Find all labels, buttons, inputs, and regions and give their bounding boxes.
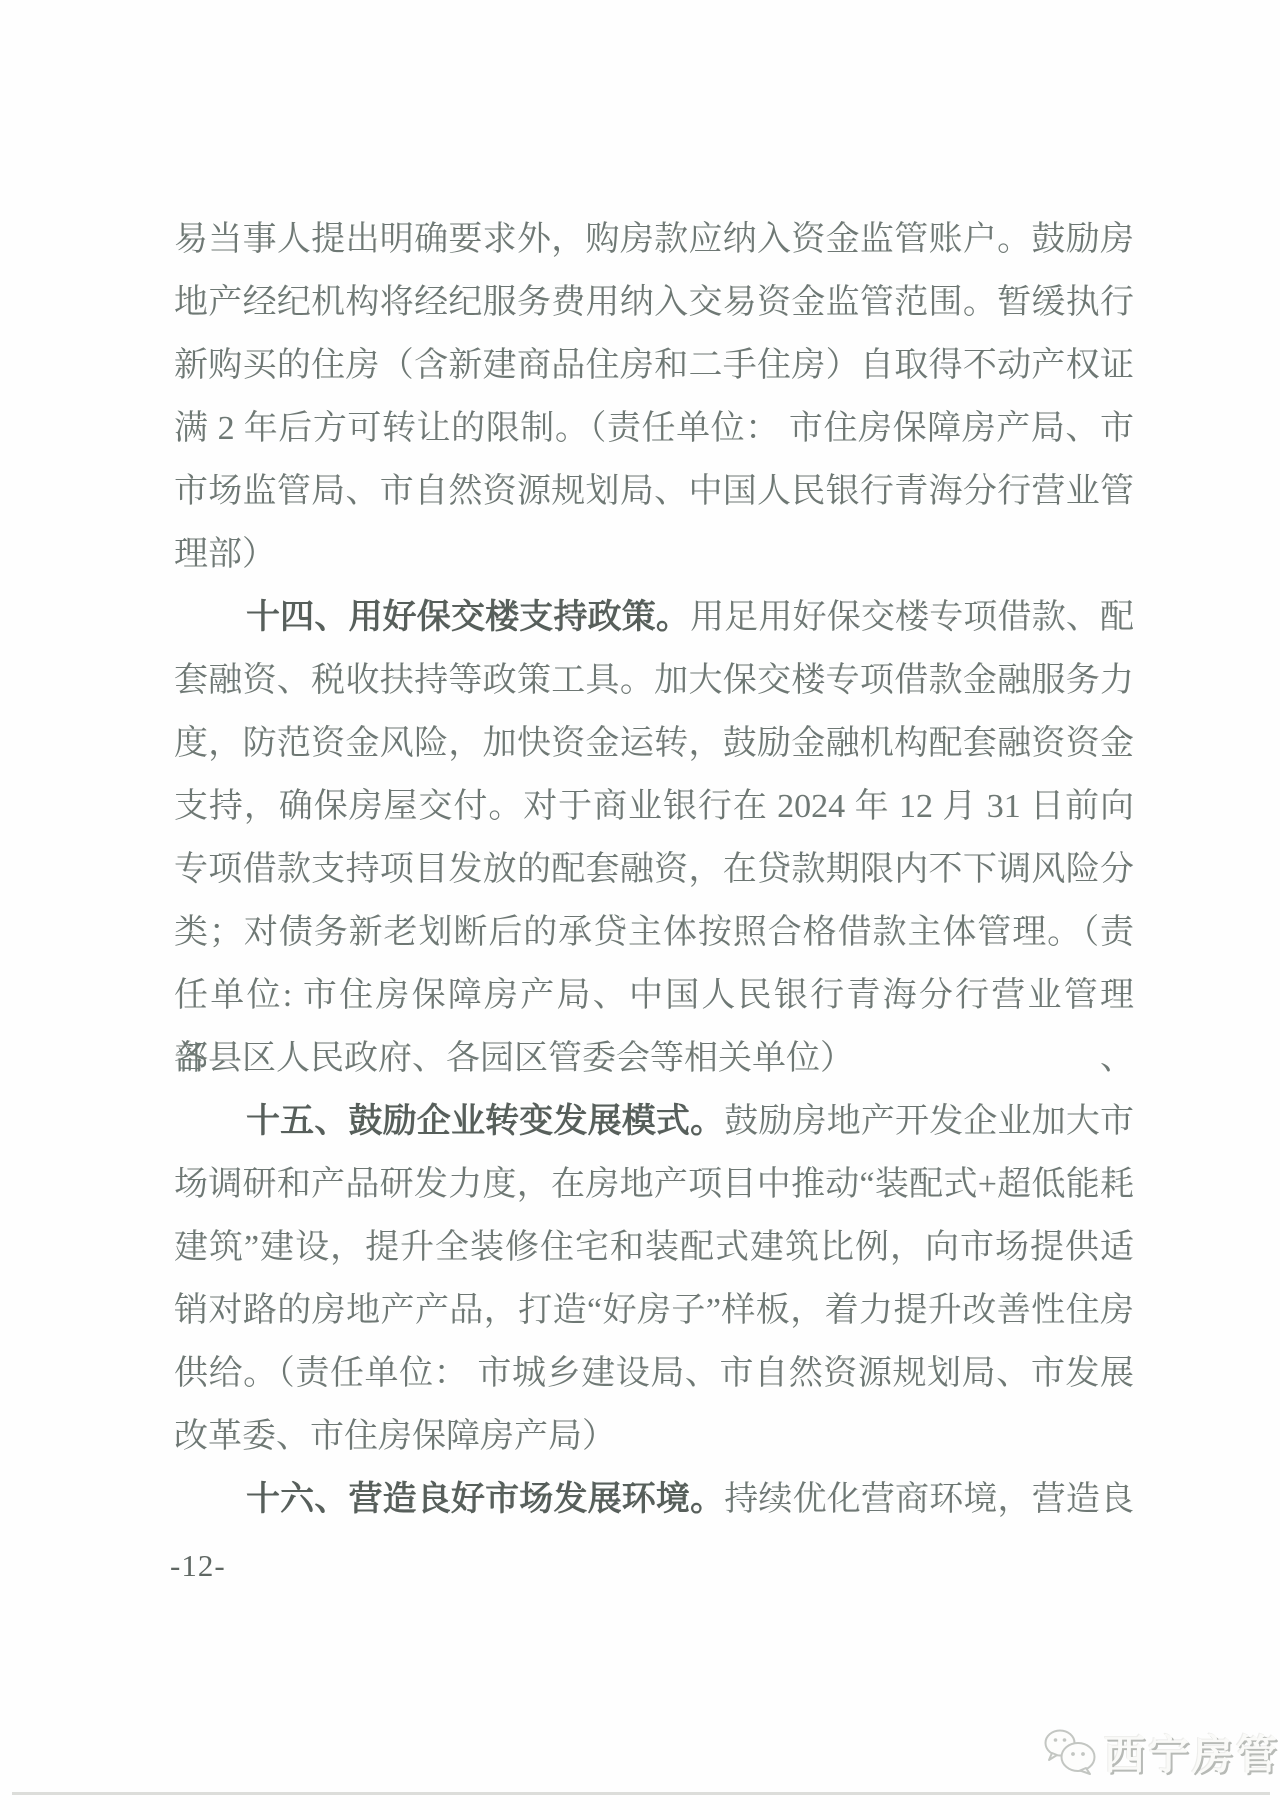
line-text: 改革委、市住房保障房产局） [174,1418,616,1455]
line-text: 专项借款支持项目发放的配套融资，在贷款期限内不下调风险分 [174,851,1134,888]
line-text: 供给。（责任单位： 市城乡建设局、市自然资源规划局、市发展 [174,1355,1134,1392]
section-heading: 十四、用好保交楼支持政策。 [246,598,690,636]
line-text: 销对路的房地产产品，打造“好房子”样板，着力提升改善性住房 [174,1292,1134,1329]
text-line: 套融资、税收扶持等政策工具。加大保交楼专项借款金融服务力 [174,649,1134,712]
page-number: -12- [170,1548,226,1584]
text-line: 市场监管局、市自然资源规划局、中国人民银行青海分行营业管 [174,460,1134,523]
text-line: 度，防范资金风险，加快资金运转，鼓励金融机构配套融资资金 [174,712,1134,775]
text-line: 任单位: 市住房保障房产局、中国人民银行青海分行营业管理部、 [174,964,1134,1027]
text-line: 改革委、市住房保障房产局） [174,1405,1134,1468]
line-text: 持续优化营商环境，营造良 [724,1481,1134,1518]
text-line: 专项借款支持项目发放的配套融资，在贷款期限内不下调风险分 [174,838,1134,901]
section-heading: 十六、营造良好市场发展环境。 [246,1480,724,1518]
text-line: 十六、营造良好市场发展环境。持续优化营商环境，营造良 [174,1468,1134,1531]
line-text: 地产经纪机构将经纪服务费用纳入交易资金监管范围。暂缓执行 [174,284,1134,321]
line-text: 新购买的住房（含新建商品住房和二手住房）自取得不动产权证 [174,347,1134,384]
text-line: 地产经纪机构将经纪服务费用纳入交易资金监管范围。暂缓执行 [174,271,1134,334]
line-text: 各县区人民政府、各园区管委会等相关单位） [174,1040,854,1077]
bottom-divider [12,1792,1270,1795]
text-line: 理部） [174,523,1134,586]
text-line: 支持，确保房屋交付。对于商业银行在 2024 年 12 月 31 日前向 [174,775,1134,838]
text-line: 场调研和产品研发力度，在房地产项目中推动“装配式+超低能耗 [174,1153,1134,1216]
line-text: 理部） [174,536,276,573]
line-text: 建筑”建设，提升全装修住宅和装配式建筑比例，向市场提供适 [174,1229,1134,1266]
document-page: 易当事人提出明确要求外，购房款应纳入资金监管账户。鼓励房 地产经纪机构将经纪服务… [0,0,1280,1810]
text-line: 十五、鼓励企业转变发展模式。鼓励房地产开发企业加大市 [174,1090,1134,1153]
text-line: 建筑”建设，提升全装修住宅和装配式建筑比例，向市场提供适 [174,1216,1134,1279]
line-text: 鼓励房地产开发企业加大市 [724,1103,1134,1140]
line-text: 类；对债务新老划断后的承贷主体按照合格借款主体管理。（责 [174,914,1134,951]
text-line: 销对路的房地产产品，打造“好房子”样板，着力提升改善性住房 [174,1279,1134,1342]
text-line: 满 2 年后方可转让的限制。（责任单位： 市住房保障房产局、市 [174,397,1134,460]
line-text: 用足用好保交楼专项借款、配 [690,599,1134,636]
line-text: 支持，确保房屋交付。对于商业银行在 2024 年 12 月 31 日前向 [174,788,1134,825]
line-text: 满 2 年后方可转让的限制。（责任单位： 市住房保障房产局、市 [174,410,1134,447]
text-line: 十四、用好保交楼支持政策。用足用好保交楼专项借款、配 [174,586,1134,649]
text-line: 类；对债务新老划断后的承贷主体按照合格借款主体管理。（责 [174,901,1134,964]
footer-watermark: 西宁房管 [1042,1722,1280,1781]
line-text: 度，防范资金风险，加快资金运转，鼓励金融机构配套融资资金 [174,725,1134,762]
line-text: 易当事人提出明确要求外，购房款应纳入资金监管账户。鼓励房 [174,221,1134,258]
text-line: 易当事人提出明确要求外，购房款应纳入资金监管账户。鼓励房 [174,208,1134,271]
line-text: 场调研和产品研发力度，在房地产项目中推动“装配式+超低能耗 [174,1166,1134,1203]
line-text: 市场监管局、市自然资源规划局、中国人民银行青海分行营业管 [174,473,1134,510]
section-heading: 十五、鼓励企业转变发展模式。 [246,1102,724,1140]
line-text: 套融资、税收扶持等政策工具。加大保交楼专项借款金融服务力 [174,662,1134,699]
text-line: 供给。（责任单位： 市城乡建设局、市自然资源规划局、市发展 [174,1342,1134,1405]
wechat-icon [1042,1728,1098,1776]
watermark-text: 西宁房管 [1104,1722,1280,1781]
document-body: 易当事人提出明确要求外，购房款应纳入资金监管账户。鼓励房 地产经纪机构将经纪服务… [174,208,1134,1531]
text-line: 新购买的住房（含新建商品住房和二手住房）自取得不动产权证 [174,334,1134,397]
